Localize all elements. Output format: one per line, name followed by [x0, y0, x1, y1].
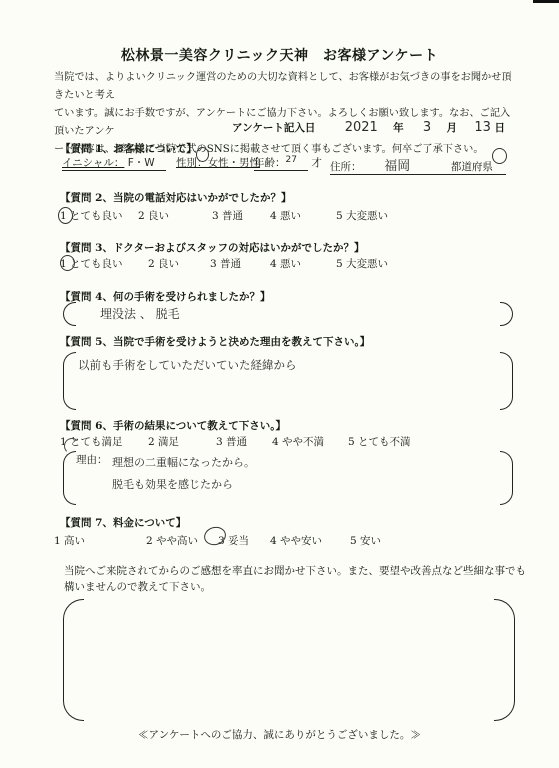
day-unit: 日: [495, 122, 506, 134]
thank-you-footer: ≪アンケートへのご協力、誠にありがとうございました。≫: [0, 727, 559, 742]
q3-option-4[interactable]: 4 悪い: [270, 256, 301, 271]
comments-answer-field[interactable]: [90, 610, 490, 710]
gender-option-female[interactable]: 女性: [208, 157, 229, 169]
month-unit: 月: [447, 122, 458, 134]
q2-option-2[interactable]: 2 良い: [138, 208, 169, 223]
address-field[interactable]: 住所： 福岡 都道府県: [330, 155, 506, 175]
comments-prompt-line: 当院へご来院されてからのご感想を率直にお聞かせ下さい。また、要望や改善点など些細…: [64, 563, 526, 579]
q5-answer-bracket-left: [63, 352, 76, 410]
gender-selection-circle: [196, 147, 209, 162]
q6-reason-line: 理想の二重幅になったから。: [112, 452, 255, 474]
initial-field[interactable]: イニシャル： F・W: [62, 155, 166, 171]
q7-option-1[interactable]: 1 高い: [54, 533, 85, 548]
date-day-field[interactable]: 13: [474, 120, 491, 135]
q6-options: 1 とても満足 2 満足 3 普通 4 やや不満 5 とても不満: [60, 434, 520, 450]
q6-option-5[interactable]: 5 とても不満: [348, 434, 411, 449]
year-unit: 年: [393, 122, 404, 134]
q6-option-2[interactable]: 2 満足: [148, 434, 179, 449]
q6-option-3[interactable]: 3 普通: [216, 434, 247, 449]
q5-answer-bracket-right: [500, 352, 513, 410]
q7-option-4[interactable]: 4 やや安い: [270, 533, 322, 548]
q6-reason-bracket-right: [500, 451, 513, 505]
q3-options: 1 とても良い 2 良い 3 普通 4 悪い 5 大変悪い: [60, 256, 520, 272]
q7-title: 【質問 7、料金について】: [60, 515, 186, 530]
q4-answer-field[interactable]: 埋没法 、 脱毛: [100, 305, 180, 322]
q1-title: 【質問 1、お客様について】: [60, 141, 197, 156]
q6-title: 【質問 6、手術の結果について教えて下さい。】: [60, 418, 286, 433]
q5-answer-field[interactable]: 以前も手術をしていただいていた経緯から: [78, 357, 297, 373]
q2-options: 1 とても良い 2 良い 3 普通 4 悪い 5 大変悪い: [60, 208, 520, 224]
q5-title: 【質問 5、当院で手術を受けようと決めた理由を教えて下さい。】: [60, 334, 370, 349]
q3-selection-circle: [60, 255, 75, 271]
q3-title: 【質問 3、ドクターおよびスタッフの対応はいかがでしたか？】: [60, 240, 365, 255]
q6-reason-bracket-left: [63, 451, 76, 505]
q2-selection-circle: [58, 207, 73, 224]
age-label: 年齢：: [254, 157, 286, 169]
q2-title: 【質問 2、当院の電話対応はいかがでしたか？】: [60, 190, 291, 205]
q2-option-4[interactable]: 4 悪い: [270, 208, 301, 223]
address-unit-selection-circle: [492, 148, 507, 164]
q7-option-2[interactable]: 2 やや高い: [146, 533, 198, 548]
initial-value: F・W: [128, 157, 155, 169]
q6-reason-line: 脱毛も効果を感じたから: [112, 474, 255, 496]
q6-reason-field[interactable]: 理想の二重幅になったから。 脱毛も効果を感じたから: [112, 452, 255, 496]
gender-field: 性別：女性・男性: [176, 155, 260, 170]
address-label: 住所：: [330, 161, 362, 173]
q4-answer-bracket-right: [500, 302, 513, 326]
q1-fields: イニシャル： F・W 性別：女性・男性 年齢：27 才 住所： 福岡 都道府県: [62, 155, 532, 171]
age-value: 27: [286, 155, 297, 165]
date-year-field[interactable]: 2021: [345, 120, 378, 135]
address-unit: 都道府県: [451, 161, 493, 173]
date-month-field[interactable]: 3: [423, 120, 431, 135]
age-field[interactable]: 年齢：27 才: [254, 155, 322, 171]
gender-separator: ・: [229, 157, 240, 169]
q2-option-3[interactable]: 3 普通: [212, 208, 243, 223]
form-title: 松林景一美容クリニック天神 お客様アンケート: [0, 45, 559, 65]
q2-option-5[interactable]: 5 大変悪い: [336, 208, 388, 223]
address-value: 福岡: [384, 159, 410, 174]
q4-answer-bracket-left: [63, 302, 76, 326]
q7-option-5[interactable]: 5 安い: [350, 533, 381, 548]
q6-option-4[interactable]: 4 やや不満: [272, 434, 324, 449]
entry-date: アンケート記入日 2021 年 3 月 13 日: [232, 120, 505, 135]
age-unit: 才: [311, 157, 322, 169]
comments-bracket-left: [63, 599, 84, 721]
comments-bracket-right: [494, 599, 515, 721]
comments-prompt: 当院へご来院されてからのご感想を率直にお聞かせ下さい。また、要望や改善点など些細…: [64, 563, 526, 595]
date-label: アンケート記入日: [232, 122, 315, 134]
comments-prompt-line: 構いませんので教えて下さい。: [64, 579, 526, 595]
q3-option-2[interactable]: 2 良い: [148, 256, 179, 271]
q7-options: 1 高い 2 やや高い 3 妥当 4 やや安い 5 安い: [54, 533, 524, 549]
q4-title: 【質問 4、何の手術を受けられましたか？】: [60, 289, 270, 304]
intro-line: 当院では、よりよいクリニック運営のための大切な資料として、お客様がお気づきの事を…: [54, 69, 514, 105]
initial-label: イニシャル：: [62, 157, 124, 169]
q3-option-5[interactable]: 5 大変悪い: [336, 256, 388, 271]
q3-option-3[interactable]: 3 普通: [210, 256, 241, 271]
q6-reason-label: 理由：: [76, 452, 108, 467]
scan-corner-mark: [533, 0, 559, 3]
